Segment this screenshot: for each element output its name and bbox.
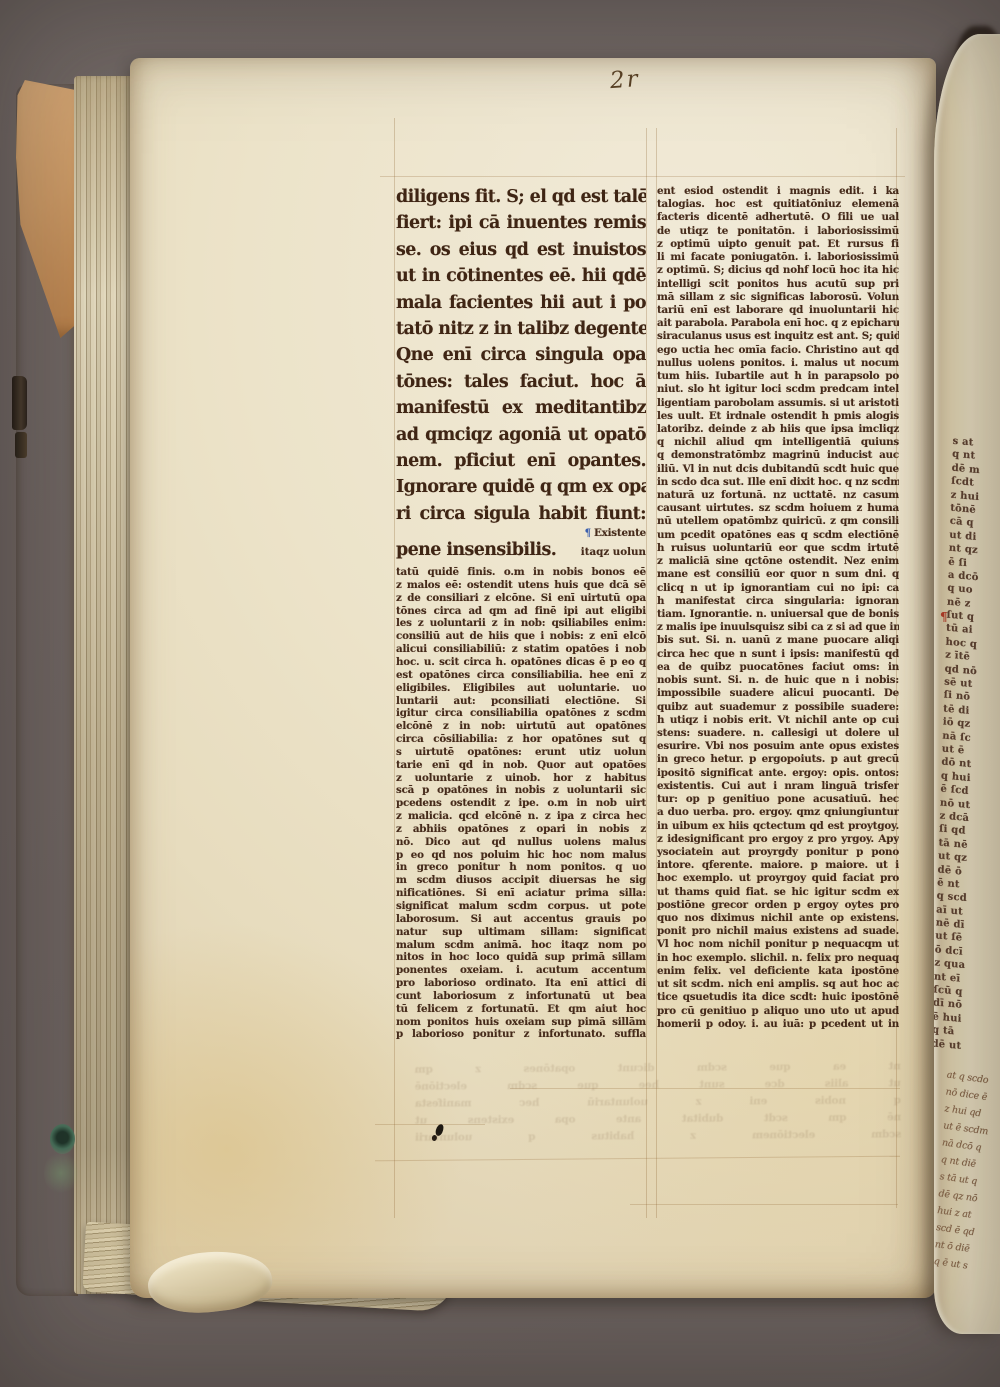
text-line-small: z optimū. S; dicius qd nohf locū hoc ita… [657, 264, 899, 277]
text-line-small: est opatōnes circa consiliabilia. hee en… [396, 669, 646, 682]
text-line-small: in greco hetur. p ergopoiuts. p aut grec… [657, 753, 899, 766]
text-line-small: malum scdm animā. hoc itaqz nom po [396, 939, 646, 952]
text-line-large: Qne enī circa singula opa [396, 342, 646, 368]
text-line-small: impossibile suadere alicui puocanti. De [657, 687, 899, 700]
text-line-small: scā p opatōnes in nobis z uoluntarii sic [396, 784, 646, 797]
text-line-small: existentis. Cui aut i nram linguā trisfe… [657, 780, 899, 793]
intro-word: Existente [594, 527, 646, 539]
text-line-small: luntarii aut: pconsiliati electiōne. Si [396, 695, 646, 708]
text-line-large: ad qmciqz agoniā ut opatō [396, 422, 646, 448]
text-line-small: z maliciā sine qctōne ostendit. Nez enim [657, 555, 899, 568]
text-line-small: h manifestat circa singularia: ignoran [657, 595, 899, 608]
text-line-small: tiam. Ignorantie. n. uniuersal que de bo… [657, 608, 899, 621]
text-line-small: siraculanus usus est inquitz est ant. S;… [657, 330, 899, 343]
text-line-small: ego uctia hec omīa facio. Christino aut … [657, 344, 899, 357]
text-line-large: tōnes: tales faciut. hoc ā [396, 369, 646, 395]
green-stain-smear [44, 1150, 78, 1196]
text-line-small: z de consiliari z elcōne. Si enī uirtutū… [396, 592, 646, 605]
show-through-text: nt ea que scdm dicunt opatōnes z qmut al… [415, 1058, 902, 1146]
text-line-small: s uirtutē opatōnes: erunt utiz uolun [396, 746, 646, 759]
text-line-small: eligibiles. Eligibiles aut uoluntarie. u… [396, 682, 646, 695]
text-line-small: quibz aut suademur z possibile suadere: [657, 701, 899, 714]
page-curl [145, 1245, 275, 1320]
text-line-small: natur sup ultimam sillam: significat [396, 926, 646, 939]
facing-page: s atq ntdē mſcdtz huitōnēcā qut dint qzē… [934, 34, 1000, 1334]
page-edge-stack [74, 76, 134, 1294]
text-line-small: ponentes oxeiam. i. acutum accentum [396, 964, 646, 977]
text-line-small: ait parabola. Parabola enī hoc. q z epic… [657, 317, 899, 330]
text-line-small: ent esiod ostendit i magnis edit. i ka [657, 185, 899, 198]
text-line-small: intelligi scit ponitos hus acutū sup pri [657, 278, 899, 291]
text-line-large: fiert: ipi cā inuentes remis [396, 210, 646, 236]
text-line-small: tū felicem z fortunatū. Et qm aiut hoc [396, 1003, 646, 1016]
text-line-small: niut. slo ht igitur loci scdm predcam in… [657, 383, 899, 396]
ruling-line [646, 128, 647, 1218]
text-line-small: m scdm diusos accipit diuersas he sig [396, 874, 646, 887]
text-line-small: nom ponitos huis oxeiam sup pimā sillām [396, 1016, 646, 1029]
text-line-small: ut sit scdm. nich eni amplis. sq aut hoc… [657, 978, 899, 991]
text-line-small: z malicia. qcd elcōnē n. z ipa z circa h… [396, 810, 646, 823]
text-line-small: tōnes circa ad qm ad finē ipi aut eligib… [396, 605, 646, 618]
text-line-large: se. os eius qd est inuistos [396, 237, 646, 263]
text-line-small: ysociatein aut proyrgdy ponitur p pono [657, 846, 899, 859]
text-line-small: hoc exemplo. ut proyrgoy quid faciat pro [657, 872, 899, 885]
text-line-large: mala facientes hii aut i po [396, 290, 646, 316]
large-script-tail: pene insensibilis. [396, 540, 556, 560]
text-line-small: h ruisus uoluntariū eor que scdm irtutē [657, 542, 899, 555]
text-line-small: postiōne grecor orden p ergoy oytes pro [657, 899, 899, 912]
text-line-small: ponit pro nichil maius existens ad suade… [657, 925, 899, 938]
facing-page-text: s atq ntdē mſcdtz huitōnēcā qut dint qzē… [934, 435, 1000, 1058]
text-line-small: ea de quibz puocatōnes faciut oms: in [657, 661, 899, 674]
text-line-small: z abhiis opatōnes z opari in nobis z [396, 823, 646, 836]
text-line-small: elcōnē z in nob: uirtutū aut opatōnes [396, 720, 646, 733]
text-line-small: pro cū genitiuo p aliquo uno uto ut apud [657, 1005, 899, 1018]
text-line-small: nullus uolens ponitos. i. malus ut nocum [657, 357, 899, 370]
text-line-large: Ignorare quidē q qm ex opa [396, 474, 646, 500]
text-line-small: tum hiis. Iubartile aut h in parapsolo p… [657, 370, 899, 383]
text-line-small: ut thams quid fiat. se hic igitur scdm e… [657, 886, 899, 899]
ruling-line [375, 1156, 900, 1162]
text-line-small: enim felix. vel deficiente kata ipostōne [657, 965, 899, 978]
text-line-small: tur: op p genitiuo pone acusatiuū. hec [657, 793, 899, 806]
text-line-small: cunt laboriosum z infortunatū ut bea [396, 990, 646, 1003]
text-line-small: pro laborioso ordinato. Ita enī attici d… [396, 977, 646, 990]
text-line-small: Vl hoc nom nichil ponitur p nequacqm ut [657, 938, 899, 951]
text-line-small: latoribz. deinde z ab hiis que ipsa imcl… [657, 423, 899, 436]
text-column-left: diligens fit. S; el qd est talēfiert: ip… [396, 184, 646, 1041]
text-line-small: um pcedit opatōnes eas q scdm electiōnē [657, 529, 899, 542]
paraph-mark-blue: ¶ [585, 527, 594, 539]
manuscript-photo: s atq ntdē mſcdtz huitōnēcā qut dint qzē… [0, 0, 1000, 1387]
facing-page-annotations: at q scdonō dice ēz hui qdut ē scdmnā dc… [934, 1066, 1000, 1281]
text-line-small: stens: suadere. n. callesigi ut dolere u… [657, 727, 899, 740]
text-line-small: iliū. Vl in nut dcis dubitandū scdt huic… [657, 463, 899, 476]
text-line-small: intore. qferente. maiore. p maiore. ut i [657, 859, 899, 872]
ruling-line [630, 1204, 898, 1205]
text-line-small: in uibum ex hiis qctectum qd est proytgo… [657, 820, 899, 833]
text-line-small: ipositō significat ante. ergoy: opis. on… [657, 767, 899, 780]
text-line-small: tarie enī qd in nob. Quor aut opatōes [396, 759, 646, 772]
text-line-small: naturā uz fortunā. nz ucttatē. nz casum [657, 489, 899, 502]
text-line-small: facteris dicentē adhertutē. O fili ue ua… [657, 211, 899, 224]
folio-number: 2r [609, 64, 671, 94]
text-line-small: p eo qd nos poluim hic hoc nom malus [396, 849, 646, 862]
text-line-small: mā sillam z sic significas laborosū. Vol… [657, 291, 899, 304]
text-line-small: z idesignificant pro ergoy z pro yrgoy. … [657, 833, 899, 846]
text-line-small: h utiqz i nobis erit. Vt nichil ante op … [657, 714, 899, 727]
text-line-large: nem. pficiut enī opantes. [396, 448, 646, 474]
clasp-remnant [15, 432, 27, 458]
text-line-small: les uult. Et irdnale ostendit h pmis alo… [657, 410, 899, 423]
text-line-small: li mi facate poniugatōn. i. laboriosissi… [657, 251, 899, 264]
text-line-intro: ¶Existente [396, 527, 646, 540]
text-line-large: diligens fit. S; el qd est talē [396, 184, 646, 210]
text-line-small: nobis sunt. Si. n. de huic que n i nobis… [657, 674, 899, 687]
ruling-line [394, 118, 395, 1218]
text-line-large: manifestū ex meditantibz [396, 395, 646, 421]
manuscript-page: 2r diligens fit. S; el qd est talēfiert:… [130, 58, 936, 1298]
text-line-small: nificatiōnes. Si enī aciatur prima silla… [396, 887, 646, 900]
text-line-small: significat malum scdm corpus. ut pote [396, 900, 646, 913]
text-line-small: z uoluntarie z uinob. hor z habitus [396, 772, 646, 785]
small-script-tail: itaqz uolun [581, 546, 646, 558]
text-line-small: talogias. hoc est quitiatōniuz elemenā [657, 198, 899, 211]
text-line-small: tice qsuetudis ita dice scdt: huic ipost… [657, 991, 899, 1004]
text-line-small: in scdo dca sut. Ille enī dixit hoc. q n… [657, 476, 899, 489]
text-line-large: ri circa sigula habit fiunt: [396, 501, 646, 527]
text-line-small: z malos eē: ostendit utens huis que dcā … [396, 579, 646, 592]
text-line-small: q demonstratōmbz magrinū inducist auc [657, 449, 899, 462]
text-line-large: tatō nitz z in talibz degentes: [396, 316, 646, 342]
text-line-small: nū utellem opatōmbz quiricū. z qm consil… [657, 515, 899, 528]
text-line-small: bis sut. Si. n. uanū z mane puocare aliq… [657, 634, 899, 647]
ruling-line [380, 176, 905, 177]
text-line-small: in greco ponitur h nom ponitos. q uo [396, 861, 646, 874]
text-line-small: de utiqz te ponitatōn. i laboriosissimū [657, 225, 899, 238]
text-line-small: tatū quidē finis. o.m in nobis bonos eē [396, 566, 646, 579]
text-line-small: p laborioso ponitur z infortunato. suffl… [396, 1028, 646, 1041]
text-line-small: laborosum. Si aut accentus grauis po [396, 913, 646, 926]
text-line-small: hoc. u. scit circa h. opatōnes dicas ē p… [396, 656, 646, 669]
text-line-small: ligentiam parobolam assumis. si ut arist… [657, 397, 899, 410]
text-line-small: a duo uerba. pro. ergoy. qmz qniungiuntu… [657, 806, 899, 819]
text-line-small: consiliū aut de hiis que i nobis: z enī … [396, 630, 646, 643]
text-line-small: nitos in hoc loco quidā sup primā sillam [396, 951, 646, 964]
show-through-line: scdm electiōnem z habitus q uoluntarii [415, 1126, 901, 1146]
text-line-small: z malis ipe inuulsquisz sibi ca z si ad … [657, 621, 899, 634]
text-line-small: igitur circa consiliabilia opatōnes z sc… [396, 707, 646, 720]
text-line-small: causant uirtutes. sz scdm hoiuem z huma [657, 502, 899, 515]
paraph-mark-red: ¶ [940, 610, 948, 624]
text-line-small: homerii p odoy. i. au iuā: p pcedent ut … [657, 1018, 899, 1031]
text-line-small: q nichil aliud qm intelligentiā quiuns [657, 436, 899, 449]
text-line-small: les z uoluntarii z in nob: qsiliabiles e… [396, 617, 646, 630]
text-line-small: alicui consiliabiliū: z statim opatōes i… [396, 643, 646, 656]
text-line-small: pcedens ostendit z ipe. o.m in nob uirt [396, 797, 646, 810]
text-line-small: nō. Dico aut qd nullus uolens malus [396, 836, 646, 849]
text-column-right: ent esiod ostendit i magnis edit. i kata… [657, 185, 899, 1031]
text-line-small: mane est consiliū eor quor n sum dni. q [657, 568, 899, 581]
text-line-small: z optimū uipto genuit pat. Et rursus fi [657, 238, 899, 251]
text-line-mixed: pene insensibilis. itaqz uolun [396, 540, 646, 566]
text-line-large: ut in cōtinentes eē. hii qdē [396, 263, 646, 289]
text-line-small: circa cōsiliabilia: z hor opatōnes sut q [396, 733, 646, 746]
text-line-small: clicq n ut ip ignorantiam cui no ipi: ca [657, 582, 899, 595]
text-line-small: tariū enī est laborare qd inuoluntarii h… [657, 304, 899, 317]
text-line-small: in hoc exemplo. slichil. n. felix pro ne… [657, 952, 899, 965]
text-line-small: circa hec que n sunt i ipsis: manifestū … [657, 648, 899, 661]
text-line-small: quo nos diximus nichil ante op existens. [657, 912, 899, 925]
text-line-small: esurire. Vbi nos posuim ante opus existe… [657, 740, 899, 753]
clasp-remnant [12, 376, 27, 430]
